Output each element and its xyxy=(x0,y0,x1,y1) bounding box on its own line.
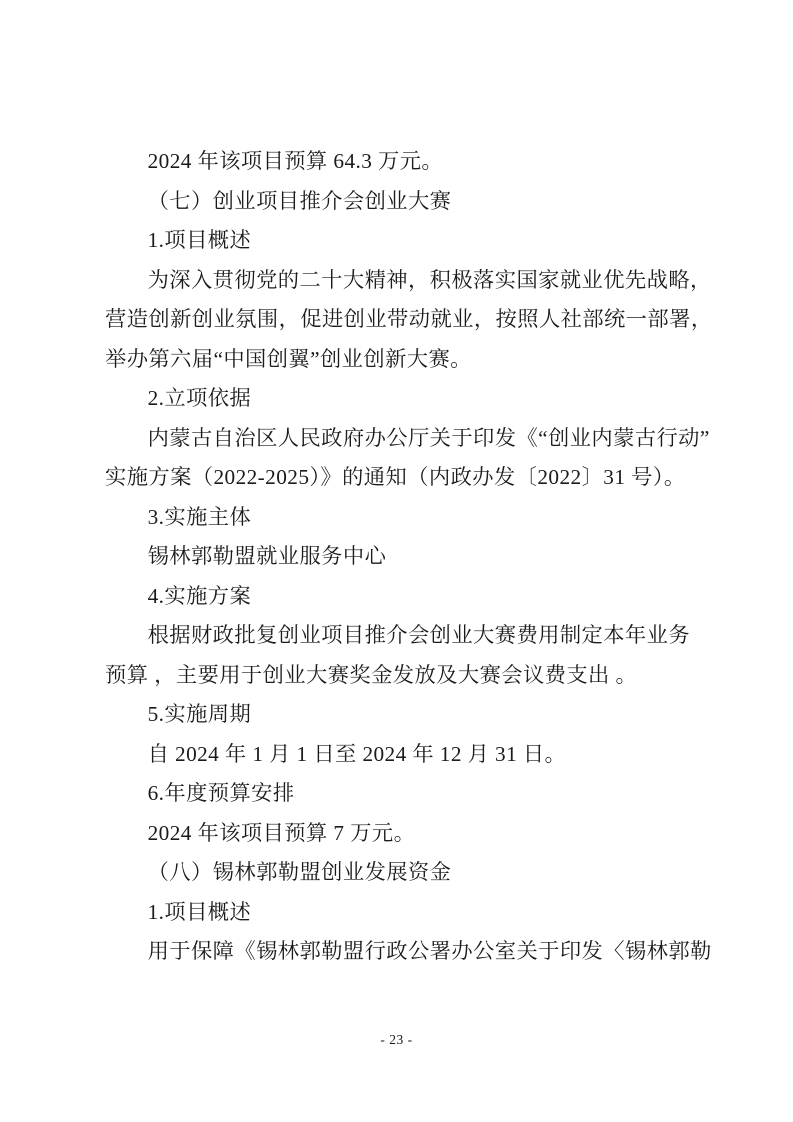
sub-heading: 6.年度预算安排 xyxy=(105,774,691,814)
page-number: - 23 - xyxy=(0,1030,793,1050)
section-heading: （八）锡林郭勒盟创业发展资金 xyxy=(105,853,691,893)
text-line: 2024 年该项目预算 7 万元。 xyxy=(105,814,691,854)
sub-heading: 5.实施周期 xyxy=(105,695,691,735)
sub-heading: 1.项目概述 xyxy=(105,221,691,261)
text-line: 举办第六届“中国创翼”创业创新大赛。 xyxy=(105,340,691,380)
text-line: 2024 年该项目预算 64.3 万元。 xyxy=(105,142,691,182)
text-line: 为深入贯彻党的二十大精神，积极落实国家就业优先战略， xyxy=(105,261,691,301)
text-line: 预算 ，主要用于创业大赛奖金发放及大赛会议费支出 。 xyxy=(105,656,691,696)
text-line: 锡林郭勒盟就业服务中心 xyxy=(105,537,691,577)
sub-heading: 2.立项依据 xyxy=(105,379,691,419)
text-line: 营造创新创业氛围，促进创业带动就业，按照人社部统一部署， xyxy=(105,300,691,340)
sub-heading: 3.实施主体 xyxy=(105,498,691,538)
sub-heading: 4.实施方案 xyxy=(105,577,691,617)
text-line: 自 2024 年 1 月 1 日至 2024 年 12 月 31 日。 xyxy=(105,735,691,775)
text-line: 内蒙古自治区人民政府办公厅关于印发《“创业内蒙古行动” xyxy=(105,419,691,459)
document-body: 2024 年该项目预算 64.3 万元。 （七）创业项目推介会创业大赛 1.项目… xyxy=(105,142,691,972)
text-line: 根据财政批复创业项目推介会创业大赛费用制定本年业务 xyxy=(105,616,691,656)
section-heading: （七）创业项目推介会创业大赛 xyxy=(105,182,691,222)
document-page: 2024 年该项目预算 64.3 万元。 （七）创业项目推介会创业大赛 1.项目… xyxy=(0,0,793,1122)
text-line: 实施方案（2022-2025）》的通知（内政办发〔2022〕31 号）。 xyxy=(105,458,691,498)
text-line: 用于保障《锡林郭勒盟行政公署办公室关于印发〈锡林郭勒 xyxy=(105,932,691,972)
sub-heading: 1.项目概述 xyxy=(105,893,691,933)
